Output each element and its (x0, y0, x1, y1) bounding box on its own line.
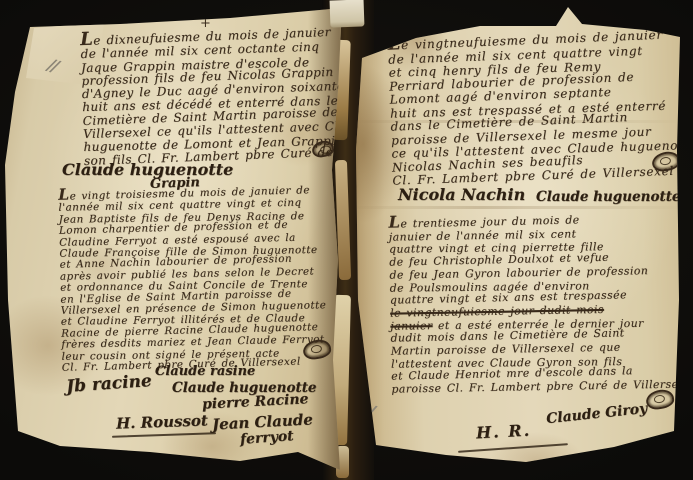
signature-claude-huguenotte: Claude huguenotte (62, 160, 233, 179)
page-right: + trois Le vingtneufuiesme du mois de ja… (346, 0, 693, 480)
signature-h-roussot: H. Roussot (116, 411, 208, 432)
page-left: + // Le dixneufuiesme du mois de januier… (0, 0, 342, 480)
signature-underline (112, 432, 216, 438)
signature-jb-racine: Jb racine (65, 371, 152, 397)
page-number: trois (602, 8, 633, 25)
signature-ferryot: ferryot (240, 428, 295, 448)
marriage-entry-racine-huguenotte: Le vingt troisiesme du mois de januier d… (58, 183, 328, 374)
burial-entry-pierrette-doulxot: Le trentiesme jour du mois dejanuier de … (388, 211, 693, 396)
scanned-register-photo: + // Le dixneufuiesme du mois de januier… (0, 0, 693, 480)
cross-mark: + (504, 14, 515, 29)
signature-initials-hr: H. R. (476, 421, 532, 443)
binding-tab (330, 0, 365, 28)
signature-nicola-nachin: Nicola Nachin (398, 185, 525, 204)
signature-underline (458, 443, 568, 453)
signature-claude-rasine: Claude rasine (155, 364, 255, 379)
burial-entry-henry-perriard: Le vingtneufuiesme du mois de januierde … (387, 26, 693, 188)
signature-claude-huguenotte: Claude huguenotte (536, 189, 681, 205)
signature-claude-giroy: Claude Giroy (545, 401, 648, 428)
